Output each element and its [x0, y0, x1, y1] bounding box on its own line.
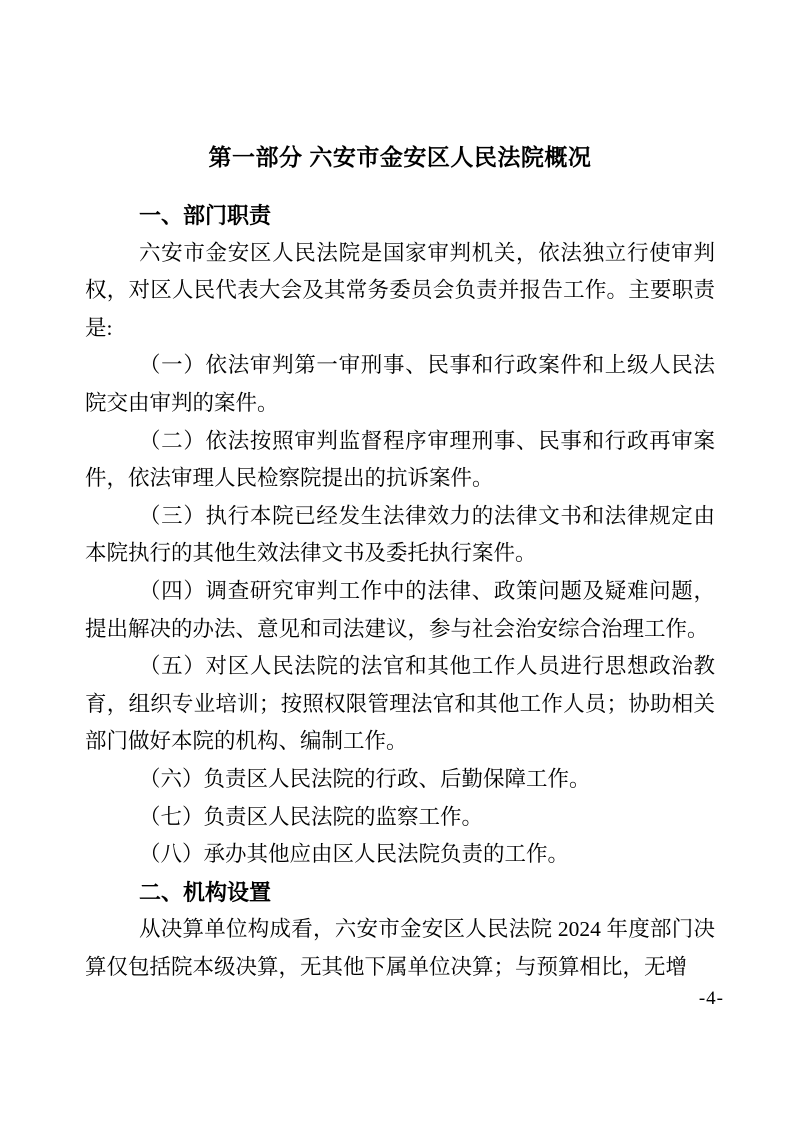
paragraph: （八）承办其他应由区人民法院负责的工作。 — [85, 836, 715, 874]
section-heading: 二、机构设置 — [85, 874, 715, 912]
paragraph: （三）执行本院已经发生法律效力的法律文书和法律规定由本院执行的其他生效法律文书及… — [85, 498, 715, 573]
paragraph: （七）负责区人民法院的监察工作。 — [85, 799, 715, 837]
paragraph: 从决算单位构成看，六安市金安区人民法院 2024 年度部门决算仅包括院本级决算，… — [85, 911, 715, 986]
paragraph: （一）依法审判第一审刑事、民事和行政案件和上级人民法院交由审判的案件。 — [85, 347, 715, 422]
section-heading: 一、部门职责 — [85, 197, 715, 235]
document-content: 第一部分 六安市金安区人民法院概况 一、部门职责六安市金安区人民法院是国家审判机… — [85, 144, 715, 986]
paragraph: （五）对区人民法院的法官和其他工作人员进行思想政治教育，组织专业培训；按照权限管… — [85, 648, 715, 761]
document-body: 一、部门职责六安市金安区人民法院是国家审判机关，依法独立行使审判权，对区人民代表… — [85, 197, 715, 986]
paragraph: 六安市金安区人民法院是国家审判机关，依法独立行使审判权，对区人民代表大会及其常务… — [85, 235, 715, 348]
paragraph: （六）负责区人民法院的行政、后勤保障工作。 — [85, 761, 715, 799]
page-title: 第一部分 六安市金安区人民法院概况 — [85, 144, 715, 170]
paragraph: （四）调查研究审判工作中的法律、政策问题及疑难问题，提出解决的办法、意见和司法建… — [85, 573, 715, 648]
paragraph: （二）依法按照审判监督程序审理刑事、民事和行政再审案件，依法审理人民检察院提出的… — [85, 423, 715, 498]
document-page: 第一部分 六安市金安区人民法院概况 一、部门职责六安市金安区人民法院是国家审判机… — [0, 0, 793, 1122]
page-number: -4- — [699, 988, 724, 1010]
